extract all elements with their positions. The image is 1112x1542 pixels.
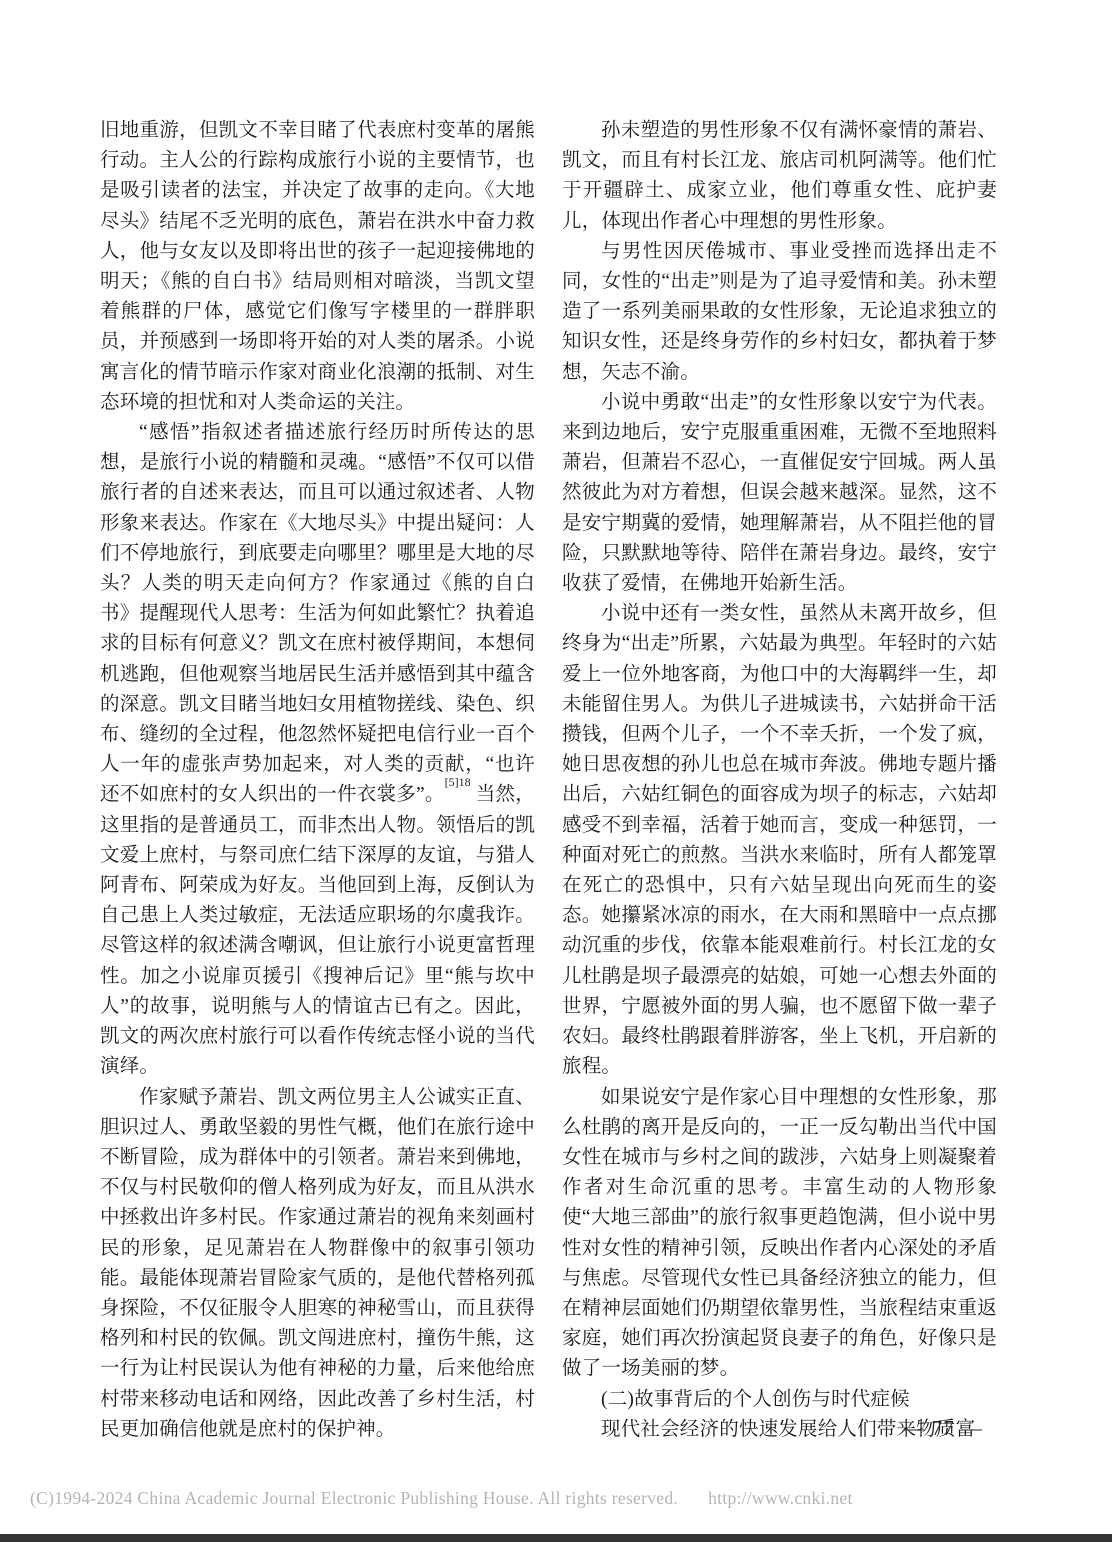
paragraph: 小说中还有一类女性，虽然从未离开故乡，但终身为“出走”所累，六姑最为典型。年轻时… xyxy=(562,599,997,1082)
paragraph-text: “感悟”指叙述者描述旅行经历时所传达的思想，是旅行小说的精髓和灵魂。“感悟”不仅… xyxy=(100,422,535,805)
citation-superscript: [5]18 xyxy=(445,775,471,789)
paragraph: 小说中勇敢“出走”的女性形象以安宁为代表。来到边地后，安宁克服重重困难，无微不至… xyxy=(562,388,997,599)
paragraph: 作家赋予萧岩、凯文两位男主人公诚实正直、胆识过人、勇敢坚毅的男性气概，他们在旅行… xyxy=(100,1083,535,1445)
paragraph: 孙未塑造的男性形象不仅有满怀豪情的萧岩、凯文，而且有村长江龙、旅店司机阿满等。他… xyxy=(562,116,997,237)
article-body: 旧地重游，但凯文不幸目睹了代表庶村变革的屠熊行动。主人公的行踪构成旅行小说的主要… xyxy=(100,116,997,1445)
journal-page: 旧地重游，但凯文不幸目睹了代表庶村变革的屠熊行动。主人公的行踪构成旅行小说的主要… xyxy=(0,0,1112,1542)
paragraph: 与男性因厌倦城市、事业受挫而选择出走不同，女性的“出走”则是为了追寻爱情和美。孙… xyxy=(562,237,997,388)
section-heading: (二)故事背后的个人创伤与时代症候 xyxy=(562,1385,997,1415)
paragraph-text: 当然，这里指的是普通员工，而非杰出人物。领悟后的凯文爱上庶村，与祭司庶仁结下深厚… xyxy=(100,784,535,1077)
left-column: 旧地重游，但凯文不幸目睹了代表庶村变革的屠熊行动。主人公的行踪构成旅行小说的主要… xyxy=(100,116,535,1445)
copyright-text: (C)1994-2024 China Academic Journal Elec… xyxy=(30,1488,678,1508)
paragraph: 旧地重游，但凯文不幸目睹了代表庶村变革的屠熊行动。主人公的行踪构成旅行小说的主要… xyxy=(100,116,535,418)
copyright-footer: (C)1994-2024 China Academic Journal Elec… xyxy=(30,1488,1090,1509)
page-number: — 77 — xyxy=(562,1416,997,1441)
bottom-edge-bar xyxy=(0,1534,1112,1542)
right-column: 孙未塑造的男性形象不仅有满怀豪情的萧岩、凯文，而且有村长江龙、旅店司机阿满等。他… xyxy=(562,116,997,1445)
paragraph: “感悟”指叙述者描述旅行经历时所传达的思想，是旅行小说的精髓和灵魂。“感悟”不仅… xyxy=(100,418,535,1082)
paragraph: 如果说安宁是作家心目中理想的女性形象，那么杜鹃的离开是反向的，一正一反勾勒出当代… xyxy=(562,1083,997,1385)
cnki-url: http://www.cnki.net xyxy=(708,1488,853,1508)
